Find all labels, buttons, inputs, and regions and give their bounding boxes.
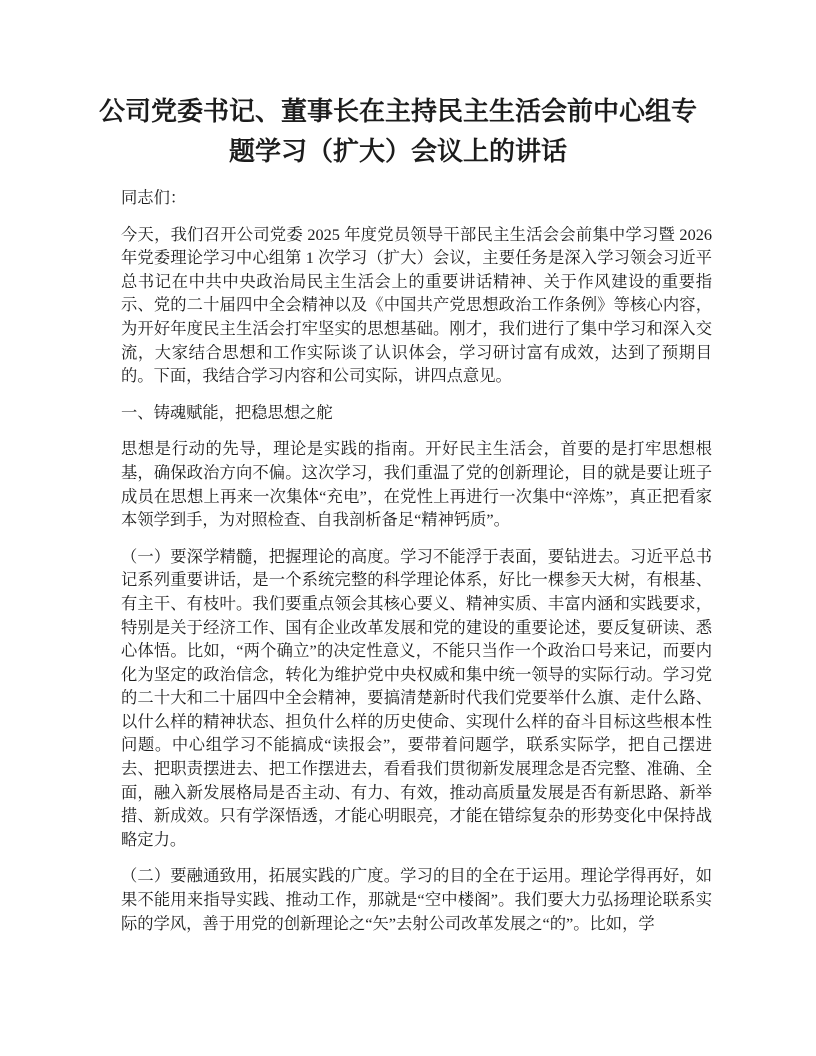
document-page: 公司党委书记、董事长在主持民主生活会前中心组专题学习（扩大）会议上的讲话 同志们… [0, 0, 816, 1056]
document-title: 公司党委书记、董事长在主持民主生活会前中心组专题学习（扩大）会议上的讲话 [92, 92, 704, 172]
paragraph-intro: 今天，我们召开公司党委 2025 年度党员领导干部民主生活会会前集中学习暨 20… [121, 223, 712, 388]
paragraph-point-2: （二）要融通致用，拓展实践的广度。学习的目的全在于运用。理论学得再好，如果不能用… [121, 864, 712, 935]
paragraph-point-1: （一）要深学精髓，把握理论的高度。学习不能浮于表面，要钻进去。习近平总书记系列重… [121, 545, 712, 852]
document-body: 同志们： 今天，我们召开公司党委 2025 年度党员领导干部民主生活会会前集中学… [121, 186, 712, 935]
paragraph-section-1-lead: 思想是行动的先导，理论是实践的指南。开好民主生活会，首要的是打牢思想根基，确保政… [121, 437, 712, 531]
salutation: 同志们： [121, 186, 712, 210]
section-heading-1: 一、铸魂赋能，把稳思想之舵 [121, 401, 712, 425]
